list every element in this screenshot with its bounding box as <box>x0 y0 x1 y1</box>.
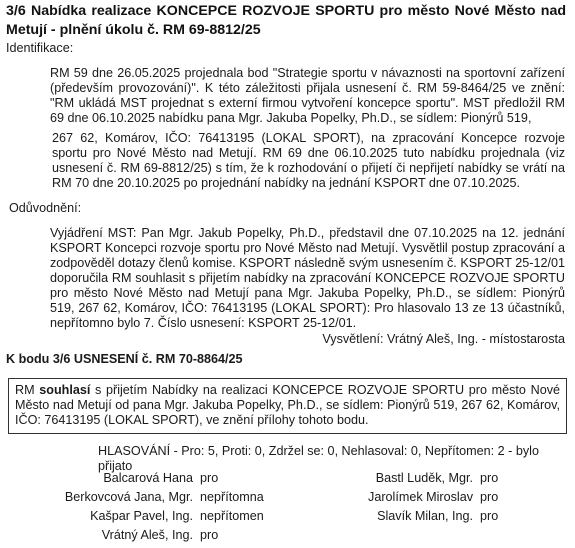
member-vote: nepřítomna <box>200 490 264 505</box>
member-vote: pro <box>480 509 498 524</box>
agenda-item-title: 3/6 Nabídka realizace KONCEPCE ROZVOJE S… <box>6 2 566 40</box>
member-name: Bastl Luděk, Mgr. <box>297 471 480 486</box>
identification-paragraph-1: RM 59 dne 26.05.2025 projednala bod "Str… <box>50 66 565 126</box>
member-vote: pro <box>480 490 498 505</box>
member-vote: pro <box>480 471 498 486</box>
member-vote: pro <box>200 471 218 486</box>
resolution-text: s přijetím Nabídky na realizaci KONCEPCE… <box>15 383 560 427</box>
vote-row: Vrátný Aleš, Ing. pro <box>7 526 264 545</box>
member-name: Berkovcová Jana, Mgr. <box>7 490 200 505</box>
explanation-note: Vysvětlení: Vrátný Aleš, Ing. - místosta… <box>322 332 565 347</box>
justification-paragraph: Vyjádření MST: Pan Mgr. Jakub Popelky, P… <box>50 226 565 331</box>
vote-row: Kašpar Pavel, Ing. nepřítomen <box>7 507 264 526</box>
voting-list-right: Bastl Luděk, Mgr. pro Jarolímek Miroslav… <box>297 469 498 526</box>
voting-list-left: Balcarová Hana pro Berkovcová Jana, Mgr.… <box>7 469 264 545</box>
member-name: Vrátný Aleš, Ing. <box>7 528 200 543</box>
resolution-prefix: RM <box>15 383 39 397</box>
member-vote: nepřítomen <box>200 509 264 524</box>
identification-label: Identifikace: <box>6 41 73 56</box>
vote-row: Balcarová Hana pro <box>7 469 264 488</box>
resolution-box: RM souhlasí s přijetím Nabídky na realiz… <box>8 378 567 434</box>
vote-row: Berkovcová Jana, Mgr. nepřítomna <box>7 488 264 507</box>
identification-paragraph-2: 267 62, Komárov, IČO: 76413195 (LOKAL SP… <box>52 131 565 191</box>
justification-label: Odůvodnění: <box>9 201 81 216</box>
vote-row: Bastl Luděk, Mgr. pro <box>297 469 498 488</box>
vote-row: Slavík Milan, Ing. pro <box>297 507 498 526</box>
member-name: Jarolímek Miroslav <box>297 490 480 505</box>
vote-row: Jarolímek Miroslav pro <box>297 488 498 507</box>
member-name: Kašpar Pavel, Ing. <box>7 509 200 524</box>
resolution-verb: souhlasí <box>39 383 90 397</box>
member-name: Balcarová Hana <box>7 471 200 486</box>
member-name: Slavík Milan, Ing. <box>297 509 480 524</box>
resolution-heading: K bodu 3/6 USNESENÍ č. RM 70-8864/25 <box>6 352 243 367</box>
member-vote: pro <box>200 528 218 543</box>
